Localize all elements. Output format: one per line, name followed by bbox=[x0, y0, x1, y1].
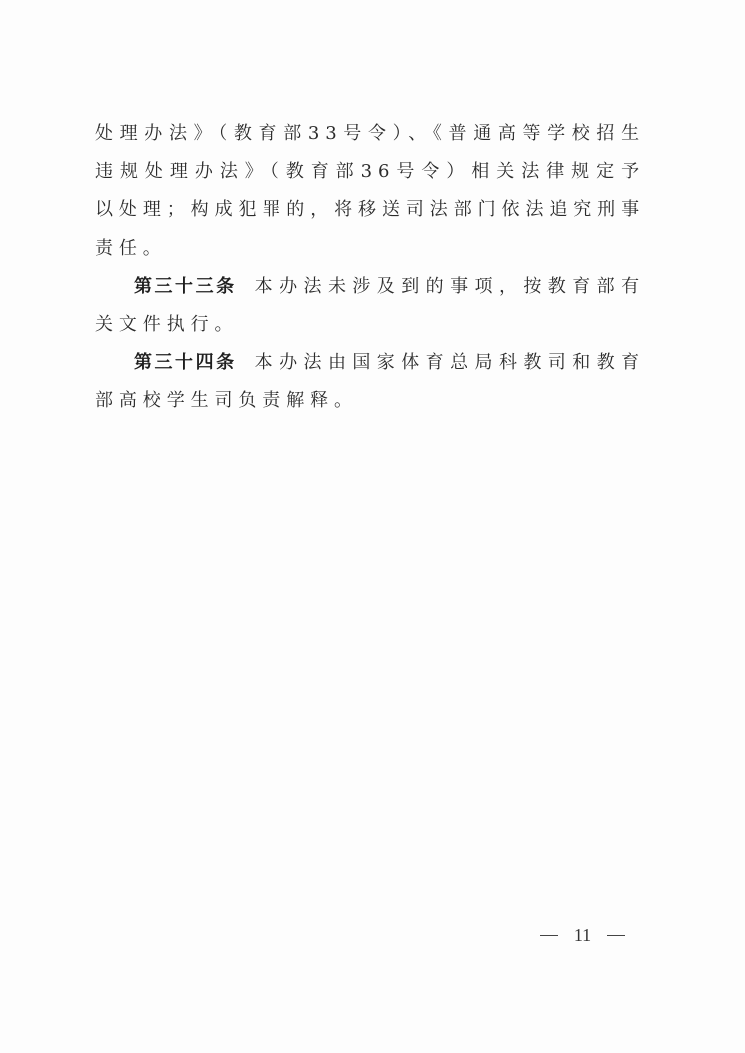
article-33: 第三十三条本办法未涉及到的事项，按教育部有关文件执行。 bbox=[95, 268, 645, 344]
article-number: 第三十三条 bbox=[134, 276, 237, 297]
article-number: 第三十四条 bbox=[134, 352, 237, 373]
dash-left-icon bbox=[540, 935, 558, 936]
document-page: 处理办法》（教育部33号令）、《普通高等学校招生违规处理办法》（教育部36号令）… bbox=[0, 0, 745, 1053]
continued-paragraph: 处理办法》（教育部33号令）、《普通高等学校招生违规处理办法》（教育部36号令）… bbox=[95, 115, 645, 268]
article-34: 第三十四条本办法由国家体育总局科教司和教育部高校学生司负责解释。 bbox=[95, 344, 645, 420]
page-number: 11 bbox=[574, 925, 591, 946]
dash-right-icon bbox=[607, 935, 625, 936]
page-number-footer: 11 bbox=[540, 925, 625, 946]
document-body: 处理办法》（教育部33号令）、《普通高等学校招生违规处理办法》（教育部36号令）… bbox=[95, 115, 645, 421]
